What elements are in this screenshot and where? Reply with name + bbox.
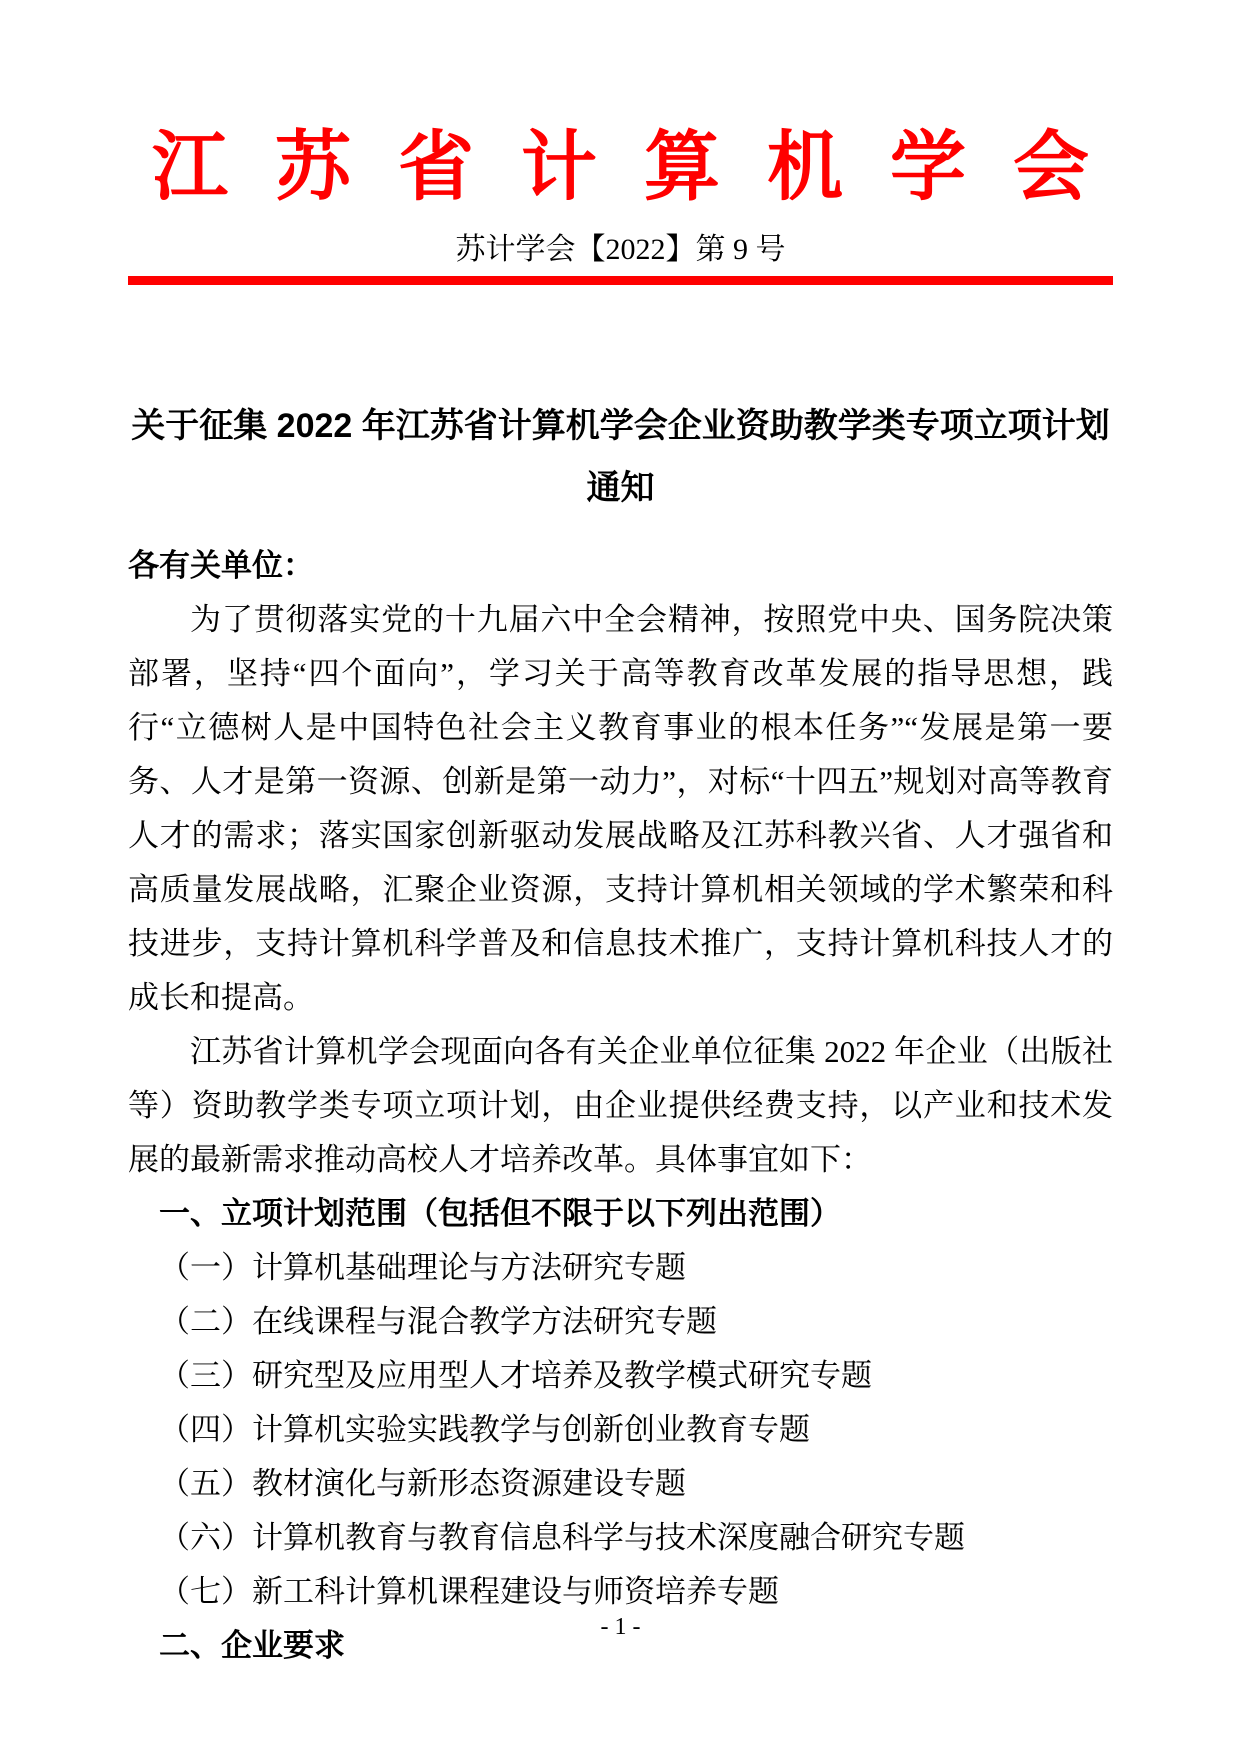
- salutation: 各有关单位：: [128, 539, 1113, 593]
- list-item-6: （六）计算机教育与教育信息科学与技术深度融合研究专题: [128, 1511, 1113, 1565]
- list-item-3: （三）研究型及应用型人才培养及教学模式研究专题: [128, 1349, 1113, 1403]
- section-1-heading: 一、立项计划范围（包括但不限于以下列出范围）: [128, 1187, 1113, 1241]
- list-item-1: （一）计算机基础理论与方法研究专题: [128, 1241, 1113, 1295]
- list-item-7: （七）新工科计算机课程建设与师资培养专题: [128, 1565, 1113, 1619]
- list-item-2: （二）在线课程与混合教学方法研究专题: [128, 1295, 1113, 1349]
- document-page: 江 苏 省 计 算 机 学 会 苏计学会【2022】第 9 号 关于征集 202…: [0, 0, 1241, 1754]
- list-item-5: （五）教材演化与新形态资源建设专题: [128, 1457, 1113, 1511]
- page-number: - 1 -: [0, 1612, 1241, 1642]
- doc-number: 苏计学会【2022】第 9 号: [128, 232, 1113, 268]
- list-item-4: （四）计算机实验实践教学与创新创业教育专题: [128, 1403, 1113, 1457]
- org-name-header: 江 苏 省 计 算 机 学 会: [128, 118, 1113, 218]
- red-divider-line: [128, 276, 1113, 285]
- document-title: 关于征集 2022 年江苏省计算机学会企业资助教学类专项立项计划通知: [128, 395, 1113, 519]
- body-paragraph-1: 为了贯彻落实党的十九届六中全会精神，按照党中央、国务院决策部署，坚持“四个面向”…: [128, 593, 1113, 1025]
- body-paragraph-2: 江苏省计算机学会现面向各有关企业单位征集 2022 年企业（出版社等）资助教学类…: [128, 1025, 1113, 1187]
